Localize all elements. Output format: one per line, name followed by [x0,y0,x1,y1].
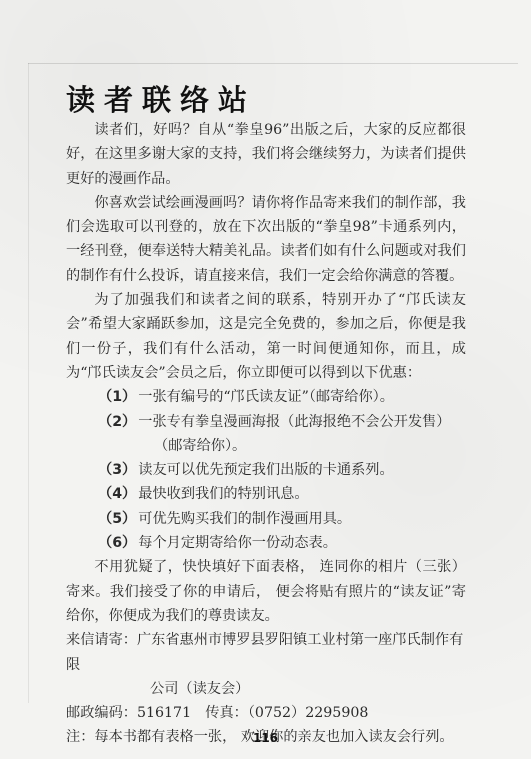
benefits-list: （1）一张有编号的“邝氏读友证”（邮寄给你）。 （2）一张专有拳皇漫画海报（此海… [66,385,466,555]
benefit-item-continuation: （邮寄给你）。 [66,434,466,458]
paragraph-submissions: 你喜欢尝试绘画漫画吗？请你将作品寄来我们的制作部，我们会选取可以刊登的，放在下次… [66,191,466,288]
benefit-item: （5）可优先购买我们的制作漫画用具。 [66,507,466,531]
page-title: 读者联络站 [66,78,256,119]
benefit-item: （1）一张有编号的“邝氏读友证”（邮寄给你）。 [66,385,466,409]
left-rule [28,63,29,703]
top-rule [28,63,518,64]
paragraph-club: 为了加强我们和读者之间的联系，特别开办了“邝氏读友会”希望大家踊跃参加，这是完全… [66,288,466,385]
benefit-item: （3）读友可以优先预定我们出版的卡通系列。 [66,458,466,482]
paragraph-greeting: 读者们，好吗？自从“拳皇96”出版之后，大家的反应都很好，在这里多谢大家的支持，… [66,118,466,191]
postal-fax-info: 邮政编码：516171 传真：（0752）2295908 [66,701,466,725]
benefit-item: （6）每个月定期寄给你一份动态表。 [66,531,466,555]
benefit-item: （4）最快收到我们的特别讯息。 [66,482,466,506]
article-body: 读者们，好吗？自从“拳皇96”出版之后，大家的反应都很好，在这里多谢大家的支持，… [66,118,466,750]
address-label: 来信请寄： [66,632,137,648]
page-number: 116 [0,731,531,745]
benefit-item: （2）一张专有拳皇漫画海报（此海报绝不会公开发售） [66,410,466,434]
paragraph-closing: 不用犹疑了，快快填好下面表格， 连同你的相片（三张）寄来。我们接受了你的申请后，… [66,555,466,628]
address-line-2: 公司（读友会） [66,677,466,701]
mailing-address: 来信请寄：广东省惠州市博罗县罗阳镇工业村第一座邝氏制作有限 公司（读友会） [66,628,466,701]
scanned-page: 读者联络站 读者们，好吗？自从“拳皇96”出版之后，大家的反应都很好，在这里多谢… [0,0,531,759]
